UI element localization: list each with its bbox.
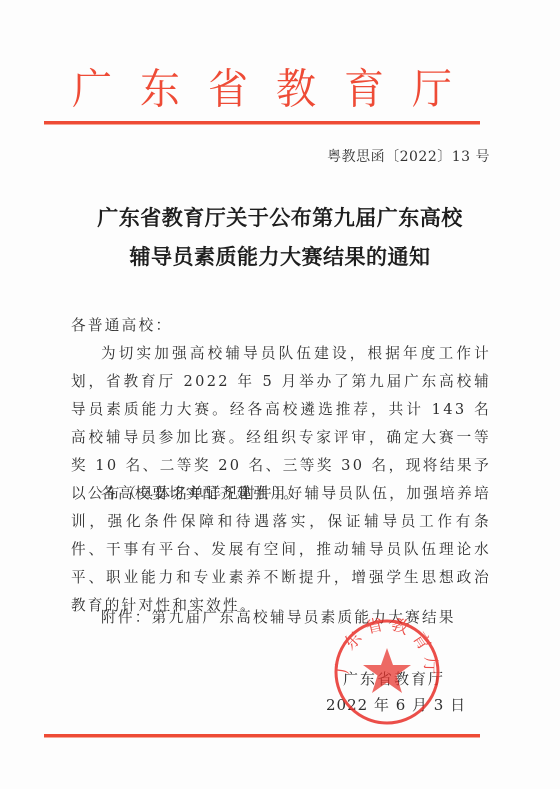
document-number: 粤教思函〔2022〕13 号: [327, 146, 490, 166]
body-paragraph-2: 各高校要切实配齐建强用好辅导员队伍，加强培养培训，强化条件保障和待遇落实，保证辅…: [71, 480, 491, 620]
letterhead-char: 广: [72, 65, 112, 115]
header-divider: [44, 121, 480, 125]
letterhead: 广 东 省 教 育 厅: [44, 66, 480, 114]
salutation: 各普通高校：: [71, 312, 491, 340]
document-title-line1: 广东省教育厅关于公布第九届广东高校: [60, 202, 500, 232]
letterhead-char: 东: [140, 65, 180, 115]
star-icon: [363, 648, 411, 693]
letterhead-char: 育: [344, 65, 384, 115]
footer-divider: [44, 734, 480, 738]
letterhead-char: 省: [208, 65, 248, 115]
letterhead-char: 教: [276, 65, 316, 115]
letterhead-char: 厅: [412, 65, 452, 115]
official-seal: 广东省教育厅: [333, 618, 441, 726]
document-title-line2: 辅导员素质能力大赛结果的通知: [60, 241, 500, 271]
